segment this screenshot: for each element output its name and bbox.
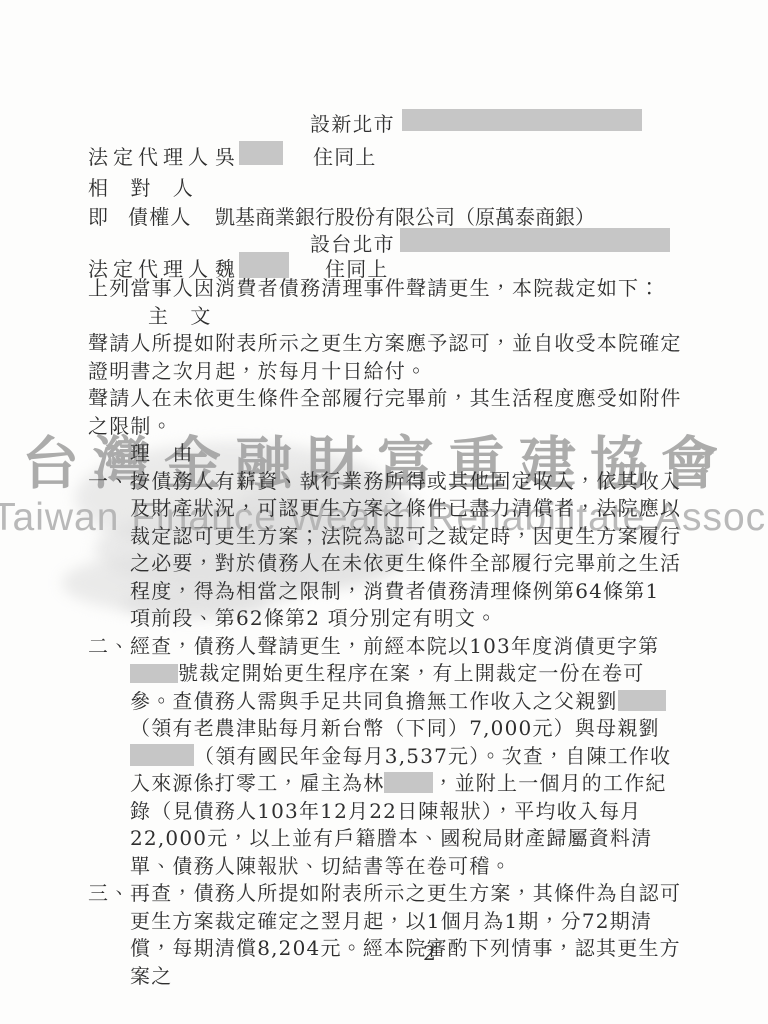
creditor2-address-line: 設台北市: [88, 228, 748, 253]
document-text-layer: 設新北市 法定代理人 吳 住同上 相 對 人 即 債權人 凱基商業銀行股份有限公…: [0, 0, 768, 1024]
parties-block: 設新北市 法定代理人 吳 住同上 相 對 人 即 債權人 凱基商業銀行股份有限公…: [88, 108, 748, 280]
reason-item-1-text: 按債務人有薪資、執行業務所得或其他固定收入，依其收入及財產狀況，可認更生方案之條…: [130, 469, 681, 631]
main-text-paragraph-1: 聲請人所提如附表所示之更生方案應予認可，並自收受本院確定證明書之次月起，於每月十…: [88, 330, 686, 385]
creditor-label-prefix: 即: [88, 201, 109, 230]
court-ruling-page: 台灣金融財富重建協會 Taiwan Finance Wealth Rehabil…: [0, 0, 768, 1024]
address1-prefix: 設新北市: [310, 108, 395, 137]
redaction-mother-name: [130, 744, 194, 766]
creditor-label: 債權人: [128, 201, 192, 230]
reason-item-2-seg3: （領有老農津貼每月新台幣（下同）7,000元）與母親劉: [130, 716, 660, 740]
reason-item-3-marker: 三、: [88, 880, 130, 908]
reason-item-1-marker: 一、: [88, 468, 130, 496]
redaction-employer-name: [384, 772, 433, 793]
main-text-heading: 主 文: [88, 303, 686, 331]
reason-item-2-seg2: 號裁定開始更生程序在案，有上開裁定一份在卷可參。查債務人需與手足共同負擔無工作收…: [130, 661, 644, 713]
legal-rep1-label: 法定代理人: [88, 141, 213, 170]
opposing-party-label: 相 對 人: [88, 176, 194, 200]
redaction-rep1-name: [239, 141, 283, 165]
reason-item-1: 一、 按債務人有薪資、執行業務所得或其他固定收入，依其收入及財產狀況，可認更生方…: [88, 468, 686, 633]
legal-rep1-line: 法定代理人 吳 住同上: [88, 141, 748, 172]
reason-item-2-seg1: 經查，債務人聲請更生，前經本院以103年度消債更字第: [130, 634, 659, 658]
reason-item-2: 二、 經查，債務人聲請更生，前經本院以103年度消債更字第號裁定開始更生程序在案…: [88, 633, 686, 881]
ruling-body: 上列當事人因消費者債務清理事件聲請更生，本院裁定如下： 主 文 聲請人所提如附表…: [88, 275, 686, 990]
reason-item-3: 三、 再查，債務人所提如附表所示之更生方案，其條件為自認可更生方案裁定確定之翌月…: [88, 880, 686, 990]
main-text-paragraph-2: 聲請人在未依更生條件全部履行完畢前，其生活程度應受如附件之限制。: [88, 385, 686, 440]
reason-item-2-marker: 二、: [88, 633, 130, 661]
redaction-address2: [400, 228, 670, 252]
intro-line: 上列當事人因消費者債務清理事件聲請更生，本院裁定如下：: [88, 275, 686, 303]
creditor1-address-line: 設新北市: [88, 108, 748, 141]
reason-item-3-text: 再查，債務人所提如附表所示之更生方案，其條件為自認可更生方案裁定確定之翌月起，以…: [130, 881, 681, 988]
creditor-name: 凱基商業銀行股份有限公司（原萬泰商銀）: [215, 201, 595, 230]
legal-rep1-address: 住同上: [313, 141, 377, 170]
page-number: 2: [360, 941, 500, 965]
legal-rep1-surname: 吳: [215, 141, 236, 170]
reasons-heading: 理 由: [88, 440, 686, 468]
redaction-father-name: [618, 690, 666, 711]
redaction-case-number: [130, 664, 178, 683]
opposing-party-line: 相 對 人: [88, 172, 748, 201]
creditor-line: 即 債權人 凱基商業銀行股份有限公司（原萬泰商銀）: [88, 201, 748, 228]
redaction-address1: [402, 109, 642, 131]
